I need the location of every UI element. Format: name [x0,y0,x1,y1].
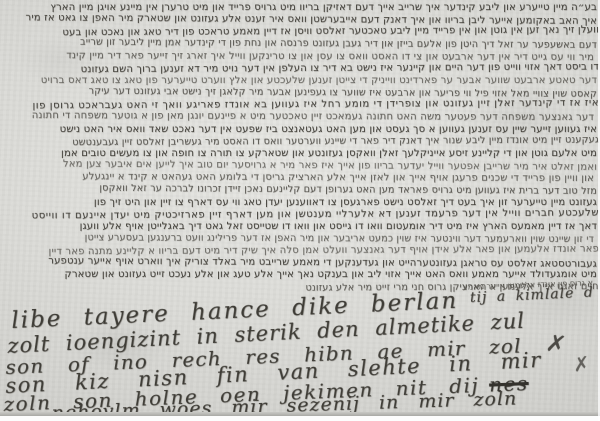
handwriting-line: דאך אז דיין מאמעס הארץ איז מיט דיר אומעט… [6,221,597,233]
yiddish-text-block: בע״ה מיין טייערע און ליבע קינדער איך שרי… [6,2,597,294]
latin-line-1-insert: tij a kimlale d [470,285,595,307]
handwriting-line: געזונט מיין טייערער זון איך בעט דיך זאלס… [6,197,597,209]
handwriting-line: איז געווען זייער שיין עס זענען געווען א … [6,124,597,136]
handwriting-line: מיט אומגעדולד אייער מאמע וואס האט אייך א… [6,269,597,281]
letter-page: בע״ה מיין טייערע און ליבע קינדער איך שרי… [0,0,600,421]
crossout-mark: ✗ [544,328,569,359]
handwriting-line: דער גאנצער משפחה דער פעטער משה האט חתונה… [3,110,594,124]
crossout-mark: ✗ [572,351,591,377]
scan-border-bottom [0,416,600,421]
